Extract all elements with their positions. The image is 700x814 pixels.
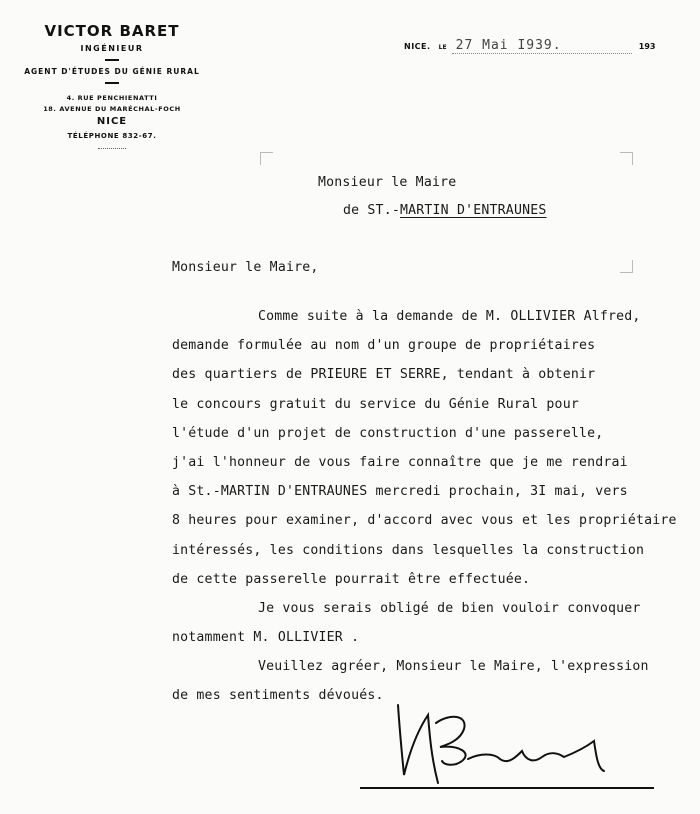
salutation: Monsieur le Maire,: [172, 260, 319, 275]
recipient-line-1: Monsieur le Maire: [318, 175, 456, 190]
body-line: Je vous serais obligé de bien vouloir co…: [172, 594, 677, 623]
dateline-le: LE: [439, 44, 447, 51]
body-line: Veuillez agréer, Monsieur le Maire, l'ex…: [172, 652, 677, 681]
letterhead-ornament: [98, 148, 126, 150]
body-line: intéressés, les conditions dans lesquell…: [172, 536, 677, 565]
letterhead-divider: [105, 59, 119, 61]
letterhead-divider: [105, 82, 119, 84]
body-line: le concours gratuit du service du Génie …: [172, 390, 677, 419]
letter-body: Comme suite à la demande de M. OLLIVIER …: [172, 302, 677, 711]
window-corner-mark: [620, 260, 633, 273]
letterhead-address-1: 4. RUE PENCHIENATTI: [12, 94, 212, 102]
window-corner-mark: [260, 152, 273, 165]
letterhead-address-2: 18. AVENUE DU MARÉCHAL-FOCH: [12, 105, 212, 113]
body-line: 8 heures pour examiner, d'accord avec vo…: [172, 506, 677, 535]
body-line: l'étude d'un projet de construction d'un…: [172, 419, 677, 448]
letterhead-phone: TÉLÉPHONE 832-67.: [12, 132, 212, 140]
recipient-line-2: de ST.-MARTIN D'ENTRAUNES: [343, 203, 547, 218]
letterhead-name: VICTOR BARET: [12, 22, 212, 40]
body-line: j'ai l'honneur de vous faire connaître q…: [172, 448, 677, 477]
recipient-prefix: de ST.-: [343, 203, 400, 218]
body-line: à St.-MARTIN D'ENTRAUNES mercredi procha…: [172, 477, 677, 506]
signature: [390, 695, 660, 785]
window-corner-mark: [620, 152, 633, 165]
letterhead-title: INGÉNIEUR: [12, 44, 212, 53]
dateline-city: NICE.: [404, 42, 431, 51]
body-line: Comme suite à la demande de M. OLLIVIER …: [172, 302, 677, 331]
body-line: notamment M. OLLIVIER .: [172, 623, 677, 652]
body-line: de cette passerelle pourrait être effect…: [172, 565, 677, 594]
signature-rule: [360, 787, 654, 789]
letterhead-role: AGENT D'ÉTUDES DU GÉNIE RURAL: [12, 67, 212, 76]
body-line: des quartiers de PRIEURE ET SERRE, tenda…: [172, 360, 677, 389]
dateline-year-prefix: 193: [639, 42, 656, 51]
letterhead-city: NICE: [12, 116, 212, 127]
dateline: NICE. LE 27 Mai I939. 193: [404, 34, 655, 54]
body-line: demande formulée au nom d'un groupe de p…: [172, 331, 677, 360]
recipient-commune: MARTIN D'ENTRAUNES: [400, 203, 547, 218]
dateline-date: 27 Mai I939.: [452, 38, 632, 54]
letterhead: VICTOR BARET INGÉNIEUR AGENT D'ÉTUDES DU…: [12, 18, 212, 150]
letter-page: VICTOR BARET INGÉNIEUR AGENT D'ÉTUDES DU…: [0, 0, 700, 814]
